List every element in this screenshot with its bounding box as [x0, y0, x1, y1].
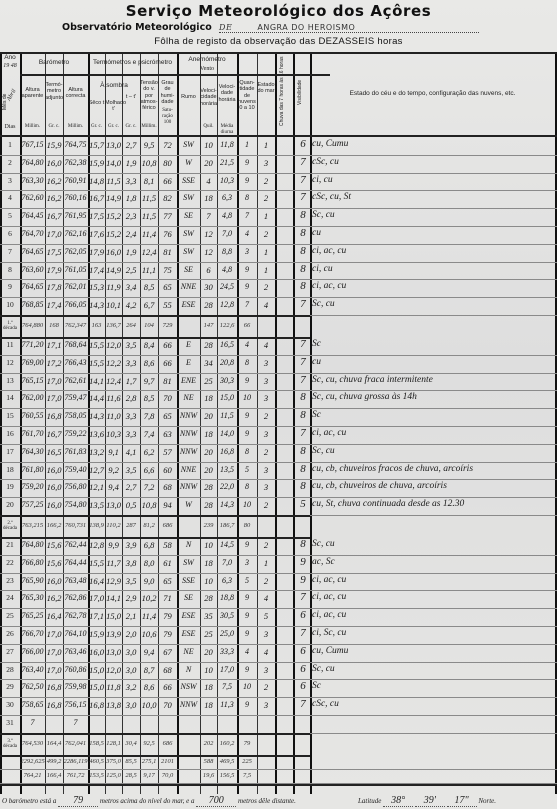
- cell-vel_d: 30,5: [217, 611, 237, 620]
- cell-term: 17,0: [45, 393, 63, 403]
- sky-remark: cu, Cumu: [312, 646, 348, 656]
- cell-hum: 67: [158, 647, 177, 657]
- cell-vel_h: 20: [200, 411, 217, 421]
- cell-nuv: 3: [237, 247, 257, 256]
- cell-mar: 3: [257, 665, 275, 675]
- cell-alt_ap: 7: [20, 718, 45, 727]
- total-value: 156,5: [217, 772, 237, 779]
- row-divider: [0, 244, 557, 245]
- cell-seco: 15,5: [88, 558, 105, 568]
- day-number: 15: [0, 411, 20, 420]
- cell-alt_ap: 759,20: [20, 482, 45, 491]
- cell-diff: 3,3: [122, 358, 140, 368]
- decade-value: 147: [200, 322, 217, 329]
- unit-label: Gr. c.: [105, 124, 122, 130]
- cell-mar: 2: [257, 411, 275, 421]
- cell-molh: 14,1: [105, 593, 122, 603]
- cell-seco: 15,0: [88, 682, 105, 692]
- total-value: 761,72: [63, 772, 88, 779]
- decade-value: 762,347: [63, 322, 88, 329]
- day-number: 30: [0, 700, 20, 709]
- decade-value: 202: [200, 740, 217, 747]
- observation-sheet: Serviço Meteorológico dos Açôres Observa…: [0, 0, 557, 809]
- decade-value: 264: [122, 322, 140, 329]
- cell-alt_cor: 756,80: [63, 482, 88, 491]
- cell-nuv: 5: [237, 465, 257, 474]
- cell-nuv: 9: [237, 376, 257, 385]
- cell-vel_d: 8,8: [217, 247, 237, 256]
- decade-divider: [0, 733, 310, 735]
- cell-rumo: W: [177, 500, 200, 509]
- cell-seco: 16,8: [88, 700, 105, 710]
- cell-molh: 11,8: [105, 682, 122, 692]
- cell-molh: 13,0: [105, 500, 122, 510]
- day-number: 22: [0, 558, 20, 567]
- decade-value: 110,2: [105, 522, 122, 529]
- cell-alt_ap: 763,40: [20, 665, 45, 674]
- day-number: 5: [0, 211, 20, 220]
- cell-seco: 17,5: [88, 211, 105, 221]
- cell-mar: 1: [257, 558, 275, 568]
- decade-value: 729: [158, 322, 177, 329]
- cell-nuv: 4: [237, 340, 257, 349]
- cell-molh: 15,2: [105, 211, 122, 221]
- cell-molh: 11,0: [105, 411, 122, 421]
- cell-molh: 14,9: [105, 193, 122, 203]
- cell-alt_cor: 759,47: [63, 393, 88, 402]
- cell-mar: 2: [257, 176, 275, 186]
- cell-tens: 6,2: [140, 447, 158, 457]
- total-value: 19,6: [200, 772, 217, 779]
- cell-tens: 8,1: [140, 176, 158, 186]
- sky-remark: cu: [312, 357, 321, 367]
- cell-term: 17,1: [45, 340, 63, 350]
- day-number: 23: [0, 576, 20, 585]
- decade-value: 163: [88, 322, 105, 329]
- row-divider: [0, 626, 557, 627]
- cell-diff: 3,5: [122, 576, 140, 586]
- decade-value: 164,4: [45, 740, 63, 747]
- cell-rumo: SW: [177, 229, 200, 238]
- row-divider: [0, 590, 557, 591]
- cell-nuv: 4: [237, 647, 257, 656]
- cell-diff: 2,1: [122, 611, 140, 621]
- observatory-label: Observatório Meteorológico: [62, 22, 212, 33]
- cell-rumo: NNW: [177, 700, 200, 709]
- cell-alt_ap: 760,55: [20, 411, 45, 420]
- total-value: 764,21: [20, 772, 45, 779]
- cell-molh: 16,0: [105, 247, 122, 257]
- cell-seco: 14,1: [88, 376, 105, 386]
- visibility-header: Visibilidade: [298, 72, 304, 112]
- cell-molh: 15,2: [105, 229, 122, 239]
- cell-molh: 11,6: [105, 393, 122, 403]
- cell-alt_ap: 764,80: [20, 158, 45, 167]
- cell-vel_d: 12,8: [217, 300, 237, 309]
- cell-molh: 11,9: [105, 282, 122, 292]
- sheet-description: Fôlha de registo da observação das DEZAS…: [0, 36, 557, 47]
- cell-tens: 9,4: [140, 647, 158, 657]
- cell-seco: 15,0: [88, 665, 105, 675]
- total-value: 275,1: [140, 758, 158, 765]
- cell-alt_ap: 764,65: [20, 247, 45, 256]
- cell-hum: 79: [158, 629, 177, 639]
- cell-term: 16,0: [45, 500, 63, 510]
- total-value: 469,5: [217, 758, 237, 765]
- sky-remark: cSc, cu: [312, 699, 339, 709]
- decade-value: 138,9: [88, 522, 105, 529]
- cell-seco: 15,9: [88, 629, 105, 639]
- total-value: 499,2: [45, 758, 63, 765]
- cell-alt_ap: 764,80: [20, 540, 45, 549]
- row-divider: [0, 208, 557, 209]
- cell-vel_h: 28: [200, 482, 217, 492]
- cell-rumo: NNW: [177, 482, 200, 491]
- cell-rumo: SE: [177, 265, 200, 274]
- total-value: 85,5: [122, 758, 140, 765]
- decade-divider: [0, 337, 310, 339]
- decade-value: 763,215: [20, 522, 45, 529]
- cell-term: 17,0: [45, 629, 63, 639]
- decade-divider: [0, 515, 310, 517]
- decade-value: 104: [140, 322, 158, 329]
- cell-molh: 10,3: [105, 429, 122, 439]
- cell-diff: 3,0: [122, 665, 140, 675]
- cell-term: 16,0: [45, 482, 63, 492]
- barometer-header: Barómetro: [20, 59, 88, 66]
- cell-alt_ap: 762,60: [20, 193, 45, 202]
- cell-alt_cor: 764,75: [63, 140, 88, 149]
- row-divider: [0, 497, 557, 498]
- day-number: 7: [0, 247, 20, 256]
- cell-vel_d: 4,8: [217, 211, 237, 220]
- cell-nuv: 7: [237, 211, 257, 220]
- cell-vel_h: 18: [200, 558, 217, 568]
- cell-hum: 70: [158, 700, 177, 710]
- cell-hum: 66: [158, 340, 177, 350]
- decade-value: 166,2: [45, 522, 63, 529]
- cell-diff: 1,8: [122, 193, 140, 203]
- cell-diff: 2,9: [122, 593, 140, 603]
- cell-hum: 66: [158, 176, 177, 186]
- cell-tens: 6,6: [140, 465, 158, 475]
- row-divider: [0, 444, 557, 445]
- cell-molh: 15,0: [105, 611, 122, 621]
- decade-value: 186,7: [217, 522, 237, 529]
- decade-value: 239: [200, 522, 217, 529]
- cell-term: 16,2: [45, 593, 63, 603]
- total-value: 125,0: [105, 772, 122, 779]
- visibility-value: 7: [296, 298, 310, 310]
- total-value: 28,5: [122, 772, 140, 779]
- total-value: 2286,119: [63, 758, 88, 765]
- cell-tens: 8,5: [140, 393, 158, 403]
- cell-vel_h: 12: [200, 229, 217, 239]
- visibility-value: 7: [296, 374, 310, 386]
- cell-vel_d: 13,5: [217, 465, 237, 474]
- row-divider: [0, 644, 557, 645]
- cell-vel_d: 24,5: [217, 282, 237, 291]
- cell-vel_d: 30,3: [217, 376, 237, 385]
- cell-seco: 17,6: [88, 229, 105, 239]
- column-divider: [293, 52, 295, 794]
- cell-rumo: ESE: [177, 629, 200, 638]
- cell-rumo: NNW: [177, 411, 200, 420]
- cell-diff: 3,0: [122, 647, 140, 657]
- cell-vel_d: 18,8: [217, 593, 237, 602]
- cell-term: 16,7: [45, 429, 63, 439]
- visibility-value: 7: [296, 591, 310, 603]
- day-number: 31: [0, 718, 20, 727]
- cell-diff: 1,9: [122, 158, 140, 168]
- decade-value: 80: [237, 522, 257, 529]
- cell-term: 17,0: [45, 665, 63, 675]
- sky-remark: Sc: [312, 681, 321, 691]
- shade-header: À sombra: [88, 82, 140, 89]
- saturation-header: Satu-ração 100: [158, 108, 177, 125]
- cell-molh: 9,2: [105, 465, 122, 475]
- sky-remark: ci, cu: [312, 175, 333, 185]
- cell-alt_ap: 766,00: [20, 647, 45, 656]
- cell-nuv: 9: [237, 176, 257, 185]
- decade-value: 168: [45, 322, 63, 329]
- cell-vel_d: 20,8: [217, 358, 237, 367]
- cell-seco: 12,7: [88, 465, 105, 475]
- cell-vel_d: 14,0: [217, 429, 237, 438]
- cell-seco: 14,4: [88, 393, 105, 403]
- column-divider: [275, 52, 277, 794]
- cell-vel_h: 7: [200, 211, 217, 221]
- cell-mar: 2: [257, 682, 275, 692]
- table-top-border: [0, 52, 557, 54]
- humidity-header: Grau de humi-dade: [158, 80, 177, 105]
- unit-label: Média diurna: [217, 124, 237, 136]
- cell-alt_cor: 762,16: [63, 229, 88, 238]
- sky-remark: Sc, cu: [312, 210, 335, 220]
- cell-term: 17,0: [45, 376, 63, 386]
- visibility-value: 7: [296, 356, 310, 368]
- cell-molh: 12,2: [105, 358, 122, 368]
- cell-vel_h: 18: [200, 193, 217, 203]
- cell-term: 16,0: [45, 158, 63, 168]
- cell-vel_d: 11,3: [217, 700, 237, 709]
- visibility-value: 8: [296, 445, 310, 457]
- cell-mar: 1: [257, 265, 275, 275]
- sky-remark: cu, Cumu: [312, 139, 348, 149]
- latitude-sec: 17": [447, 795, 477, 807]
- cell-rumo: SSE: [177, 176, 200, 185]
- cell-alt_ap: 765,30: [20, 593, 45, 602]
- cell-seco: 15,9: [88, 158, 105, 168]
- row-divider: [0, 608, 557, 609]
- day-number: 6: [0, 229, 20, 238]
- cell-tens: 8,6: [140, 358, 158, 368]
- cell-nuv: 9: [237, 593, 257, 602]
- decade-value: 287: [122, 522, 140, 529]
- day-number: 14: [0, 393, 20, 402]
- cell-hum: 82: [158, 193, 177, 203]
- cell-molh: 13,0: [105, 647, 122, 657]
- day-number: 17: [0, 447, 20, 456]
- cell-diff: 2,5: [122, 265, 140, 275]
- sky-remark: cu, cb, chuveiros de chuva, arcoíris: [312, 481, 447, 491]
- sky-remark: Sc, cu: [312, 539, 335, 549]
- cell-diff: 4,1: [122, 447, 140, 457]
- decade-value: 30,4: [122, 740, 140, 747]
- cell-term: 17,5: [45, 247, 63, 257]
- cell-alt_ap: 769,00: [20, 358, 45, 367]
- sky-remark: cu, cb, chuveiros fracos de chuva, arcoí…: [312, 464, 473, 474]
- visibility-value: 8: [296, 538, 310, 550]
- cell-hum: 79: [158, 611, 177, 621]
- year-label: Ano: [0, 54, 20, 61]
- cell-tens: 8,6: [140, 682, 158, 692]
- observatory-fill: DE ANGRA DO HEROISMO: [219, 23, 479, 33]
- decade-value: 81,2: [140, 522, 158, 529]
- cell-nuv: 9: [237, 611, 257, 620]
- row-divider: [0, 697, 557, 698]
- cell-seco: 16,0: [88, 647, 105, 657]
- cell-vel_h: 30: [200, 282, 217, 292]
- cell-diff: 2,8: [122, 393, 140, 403]
- cell-nuv: 5: [237, 576, 257, 585]
- cell-nuv: 8: [237, 447, 257, 456]
- decade-value: 760,731: [63, 522, 88, 529]
- cell-mar: 2: [257, 447, 275, 457]
- day-number: 29: [0, 682, 20, 691]
- visibility-value: 6: [296, 645, 310, 657]
- cell-alt_cor: 764,44: [63, 558, 88, 567]
- cell-molh: 14,9: [105, 265, 122, 275]
- cell-tens: 10,2: [140, 593, 158, 603]
- cell-seco: 15,7: [88, 140, 105, 150]
- cell-rumo: SE: [177, 593, 200, 602]
- direction-header: Rumo: [177, 94, 200, 100]
- sea-state-header: Estado do mar: [257, 82, 275, 95]
- cell-alt_ap: 771,20: [20, 340, 45, 349]
- cell-molh: 9,9: [105, 540, 122, 550]
- day-number: 9: [0, 282, 20, 291]
- unit-label: Gr. c.: [122, 124, 140, 130]
- day-number: 8: [0, 265, 20, 274]
- cell-vel_h: 4: [200, 176, 217, 186]
- cell-alt_ap: 765,90: [20, 576, 45, 585]
- cell-vel_d: 7,5: [217, 682, 237, 691]
- daily-speed-header: Veloci-dade horária: [217, 84, 237, 103]
- visibility-value: 8: [296, 209, 310, 221]
- cell-rumo: NE: [177, 393, 200, 402]
- cell-tens: 12,4: [140, 247, 158, 257]
- unit-label: Gr. c.: [88, 124, 105, 130]
- cell-alt_cor: 762,05: [63, 247, 88, 256]
- cell-seco: 17,1: [88, 611, 105, 621]
- cell-tens: 7,4: [140, 429, 158, 439]
- row-divider: [0, 173, 557, 174]
- cell-term: 16,5: [45, 447, 63, 457]
- unit-label: Millim.: [63, 124, 88, 130]
- visibility-value: 5: [296, 498, 310, 510]
- cell-diff: 2,7: [122, 140, 140, 150]
- visibility-value: 6: [296, 680, 310, 692]
- cell-nuv: 10: [237, 500, 257, 509]
- day-number: 2: [0, 158, 20, 167]
- cell-mar: 3: [257, 358, 275, 368]
- cell-diff: 1,9: [122, 247, 140, 257]
- cell-nuv: 3: [237, 558, 257, 567]
- cell-hum: 68: [158, 482, 177, 492]
- cell-term: 17,4: [45, 300, 63, 310]
- cell-vel_h: 20: [200, 465, 217, 475]
- cell-mar: 2: [257, 500, 275, 510]
- cell-diff: 2,3: [122, 211, 140, 221]
- cell-seco: 15,5: [88, 358, 105, 368]
- cell-term: 16,8: [45, 411, 63, 421]
- decade-value: 158,5: [88, 740, 105, 747]
- cell-mar: 1: [257, 211, 275, 221]
- cell-mar: 1: [257, 140, 275, 150]
- cell-seco: 15,5: [88, 340, 105, 350]
- cell-alt_cor: 762,01: [63, 282, 88, 291]
- sky-remark: cSc, cu: [312, 157, 339, 167]
- cell-hum: 80: [158, 158, 177, 168]
- cell-vel_h: 20: [200, 647, 217, 657]
- sky-remark: Sc: [312, 339, 321, 349]
- cell-alt_ap: 763,60: [20, 265, 45, 274]
- cell-alt_ap: 768,85: [20, 300, 45, 309]
- cell-tens: 9,5: [140, 140, 158, 150]
- cell-vel_d: 21,5: [217, 158, 237, 167]
- header-bottom-border: [0, 135, 557, 137]
- sky-remark: cu, St, chuva continuada desde as 12.30: [312, 499, 464, 509]
- wet-bulb-header: Molhado t': [105, 100, 122, 113]
- visibility-value: 8: [296, 409, 310, 421]
- row-divider: [0, 390, 557, 391]
- sky-remark: ci, ac, cu: [312, 592, 346, 602]
- cell-rumo: ENE: [177, 376, 200, 385]
- visibility-value: 8: [296, 263, 310, 275]
- unit-label: Millim.: [140, 124, 158, 130]
- cell-seco: 13,5: [88, 500, 105, 510]
- cell-molh: 9,4: [105, 482, 122, 492]
- row-divider: [0, 662, 557, 663]
- cell-alt_cor: 759,40: [63, 465, 88, 474]
- sky-remark: ci, Sc, cu: [312, 628, 346, 638]
- cell-alt_ap: 757,25: [20, 500, 45, 509]
- day-number: 4: [0, 193, 20, 202]
- cell-molh: 13,9: [105, 629, 122, 639]
- cell-nuv: 9: [237, 429, 257, 438]
- visibility-value: 8: [296, 463, 310, 475]
- row-divider: [0, 715, 557, 716]
- cell-term: 17,8: [45, 282, 63, 292]
- cell-vel_d: 16,8: [217, 447, 237, 456]
- visibility-value: 6: [296, 609, 310, 621]
- sky-remark: ci, ac, cu: [312, 281, 346, 291]
- visibility-value: 8: [296, 391, 310, 403]
- year-value: 19 48: [0, 63, 20, 70]
- cell-mar: 3: [257, 393, 275, 403]
- cell-vel_h: 20: [200, 158, 217, 168]
- cell-mar: 3: [257, 429, 275, 439]
- dry-bulb-header: Sêco t: [88, 100, 105, 106]
- cell-tens: 7,2: [140, 482, 158, 492]
- row-divider: [0, 426, 557, 427]
- cell-vel_h: 35: [200, 611, 217, 621]
- cell-term: 15,6: [45, 540, 63, 550]
- cell-rumo: E: [177, 340, 200, 349]
- total-value: 2292,625: [20, 758, 45, 765]
- cell-term: 17,9: [45, 265, 63, 275]
